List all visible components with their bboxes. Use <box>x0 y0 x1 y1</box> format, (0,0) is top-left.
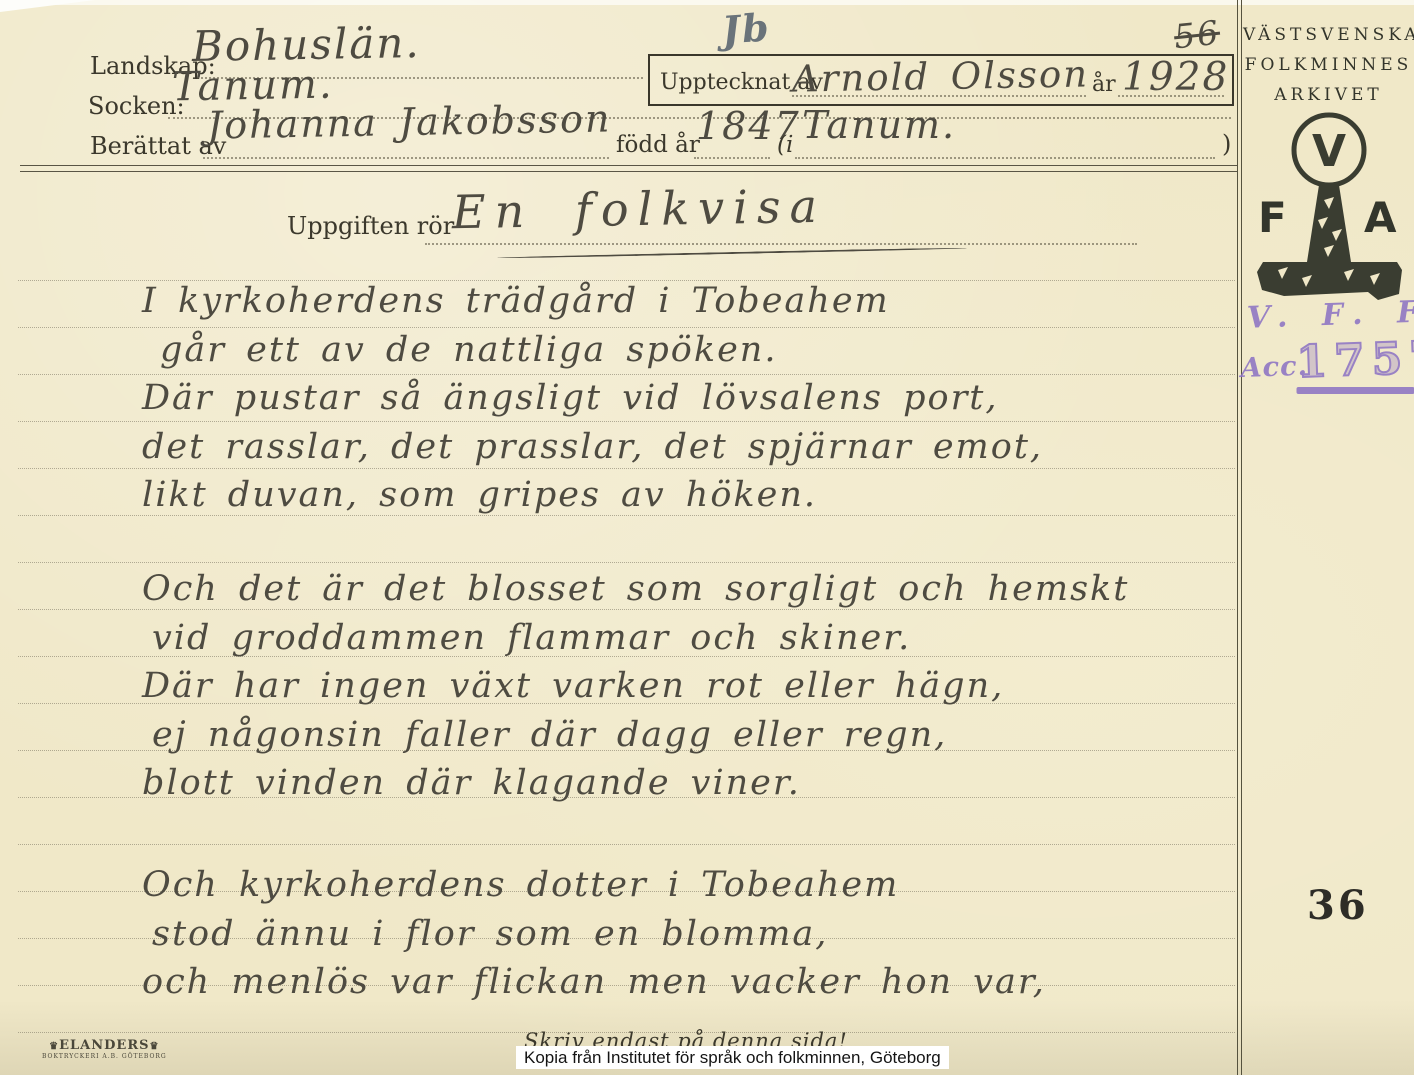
verse-stanza-2: Och det är det blosset som sorgligt och … <box>142 572 1129 815</box>
verse-stanza-1: I kyrkoherdens trädgård i Tobeahem går e… <box>142 284 1043 527</box>
archive-card-scan: { "colors":{ "paper":"#f0e8c8", "ink":"#… <box>0 0 1414 1075</box>
subject-leader-line <box>425 243 1137 245</box>
verse-line: I kyrkoherdens trädgård i Tobeahem <box>142 284 1043 333</box>
verse-line: och menlös var flickan men vacker hon va… <box>142 965 1046 1014</box>
verse-line: Och kyrkoherdens dotter i Tobeahem <box>142 868 1046 917</box>
printer-imprint: ♛ELANDERS♛ BOKTRYCKERI A.B. GÖTEBORG <box>42 1038 167 1060</box>
page-number-stamp: 36 <box>1307 882 1369 929</box>
thors-hammer-logo-icon: V F A <box>1250 108 1408 320</box>
archive-name-line1: VÄSTSVENSKA <box>1243 20 1414 50</box>
verse-line: vid groddammen flammar och skiner. <box>142 621 1129 670</box>
logo-letter-f: F <box>1258 193 1287 242</box>
copy-notice-bar: Kopia från Institutet för språk och folk… <box>516 1048 949 1068</box>
berattat-value: Johanna Jakobsson <box>207 99 612 144</box>
i-value: Tanum. <box>802 106 956 144</box>
upptecknat-leader-line <box>792 95 1086 97</box>
accession-stamp: V. F. F. Acc. 1757 <box>1238 295 1414 401</box>
stamp-underline-bar <box>1297 387 1414 394</box>
upptecknat-value: Arnold Olsson <box>792 55 1090 97</box>
verse-stanza-3: Och kyrkoherdens dotter i Tobeahem stod … <box>142 868 1046 1014</box>
berattat-leader-line <box>203 157 609 159</box>
ar-value: 1928 <box>1122 58 1229 97</box>
corner-code-annotation: Jb <box>721 8 772 49</box>
ruled-line <box>18 844 1235 845</box>
crown-icon: ♛ <box>150 1041 160 1052</box>
verse-line: stod ännu i flor som en blomma, <box>142 917 1046 966</box>
subject-value: En folkvisa <box>452 183 827 236</box>
verse-line: Och det är det blosset som sorgligt och … <box>142 572 1129 621</box>
logo-letter-a: A <box>1364 193 1397 242</box>
archive-name-line3: ARKIVET <box>1243 80 1414 110</box>
verse-line: likt duvan, som gripes av höken. <box>142 478 1043 527</box>
header-double-rule-top <box>20 165 1238 166</box>
verse-line: Där pustar så ängsligt vid lövsalens por… <box>142 381 1043 430</box>
header-double-rule-bottom <box>20 171 1238 172</box>
verse-line: blott vinden där klagande viner. <box>142 766 1129 815</box>
i-label: (i <box>777 132 793 158</box>
verse-line: ej någonsin faller där dagg eller regn, <box>142 718 1129 767</box>
logo-letter-v: V <box>1312 126 1346 177</box>
crossed-number-annotation: 56 <box>1172 16 1221 54</box>
stamp-number: 1757 <box>1296 332 1414 388</box>
ruled-line <box>18 562 1235 563</box>
paren-close: ) <box>1222 130 1231 158</box>
ar-leader-line <box>1118 95 1224 97</box>
printer-name: ELANDERS <box>59 1038 149 1053</box>
crown-icon: ♛ <box>49 1041 59 1052</box>
berattat-label: Berättat av <box>90 132 226 160</box>
i-leader-line <box>795 157 1215 159</box>
verse-line: går ett av de nattliga spöken. <box>142 333 1043 382</box>
ar-label: år <box>1092 72 1116 97</box>
fodd-label: född år <box>616 132 700 158</box>
hammer-head <box>1257 262 1402 300</box>
archive-name-line2: FOLKMINNES <box>1243 50 1414 80</box>
verse-line: det rasslar, det prasslar, det spjärnar … <box>142 430 1043 479</box>
copy-notice-text: Kopia från Institutet för språk och folk… <box>516 1046 949 1069</box>
verse-line: Där har ingen växt varken rot eller hägn… <box>142 669 1129 718</box>
fodd-leader-line <box>694 157 770 159</box>
stamp-vff-text: V. F. F. <box>1246 294 1414 336</box>
printer-subtext: BOKTRYCKERI A.B. GÖTEBORG <box>42 1053 167 1060</box>
socken-label: Socken: <box>88 92 185 120</box>
sidebar-divider <box>1237 0 1242 1075</box>
subject-label: Uppgiften rör <box>287 212 454 240</box>
